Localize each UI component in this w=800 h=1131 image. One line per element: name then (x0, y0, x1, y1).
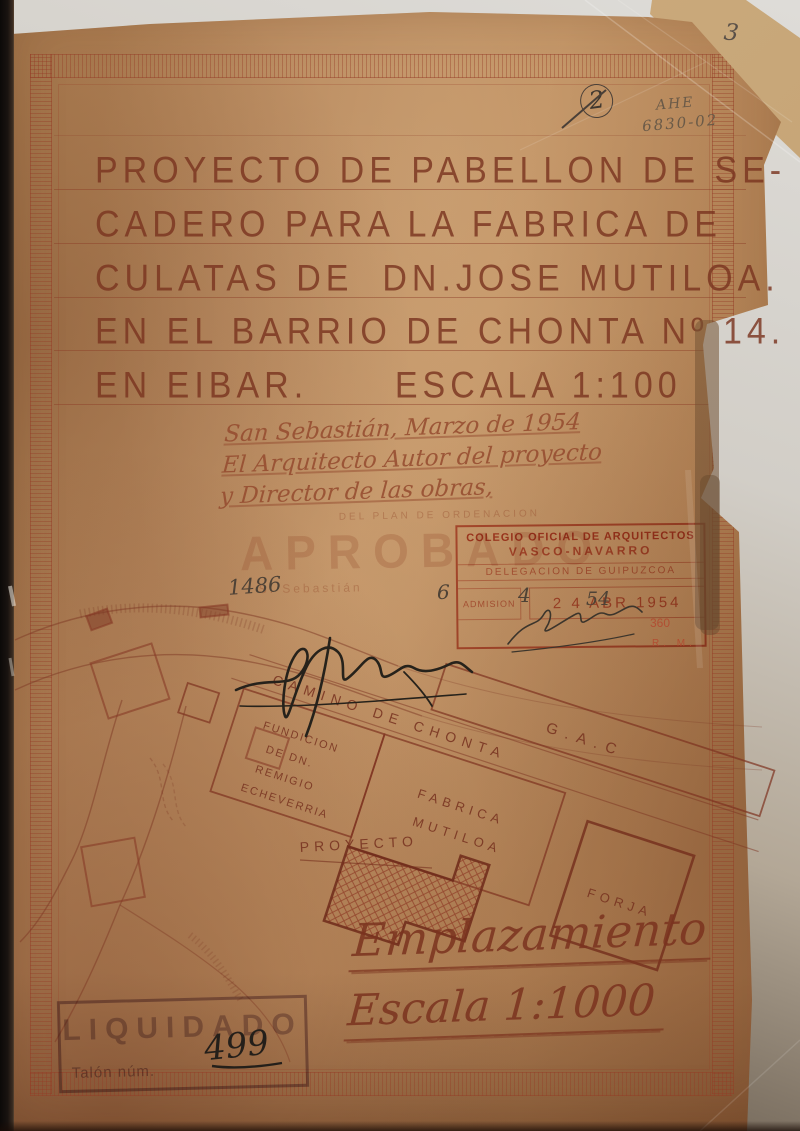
scanned-drawing-sheet: PROYECTO DE PABELLON DE SE- CADERO PARA … (0, 0, 800, 1131)
registry-month: 4 (518, 583, 531, 607)
registry-year: 54 (586, 588, 610, 610)
liquidado-stamp: LIQUIDADO Talón núm. (57, 995, 309, 1094)
talon-label: Talón núm. (72, 1063, 156, 1082)
title-line-4: EN EL BARRIO DE CHONTA Nº 14. (95, 311, 785, 353)
college-stamp-line2: VASCO-NAVARRO (458, 543, 704, 560)
title-line-2: CADERO PARA LA FABRICA DE (95, 204, 722, 246)
border-left (30, 54, 52, 1094)
registry-day: 6 (437, 580, 450, 604)
college-stamp-initials: R. M. (652, 638, 696, 649)
title-line-3: CULATAS DE DN.JOSE MUTILOA. (95, 258, 780, 300)
emplazamiento-caption: Emplazamiento Escala 1:1000 (344, 901, 715, 1041)
registry-file-number: 1486 (227, 572, 282, 600)
archive-code-line1: AHE (655, 94, 695, 113)
title-line-5: EN EIBAR. ESCALA 1:100 (95, 365, 682, 407)
emplazamiento-scale: Escala 1:1000 (344, 975, 667, 1041)
binding-edge (0, 0, 14, 1131)
border-top (30, 54, 732, 78)
circled-pencil-mark: 2 (578, 84, 615, 116)
college-stamp-left-cell: ADMISION (458, 588, 521, 621)
title-line-1: PROYECTO DE PABELLON DE SE- (95, 150, 786, 192)
college-stamp-number: 360 (650, 616, 670, 630)
college-stamp: COLEGIO OFICIAL DE ARQUITECTOS VASCO-NAV… (455, 523, 706, 650)
college-stamp-band: DELEGACION DE GUIPUZCOA (458, 562, 704, 582)
bottom-shadow (0, 1121, 800, 1131)
talon-number: 499 (202, 1023, 271, 1070)
handwritten-dedication: San Sebastián, Marzo de 1954 El Arquitec… (219, 406, 605, 513)
tape-strip (700, 475, 720, 635)
college-stamp-date: 2 4 ABR 1954 (529, 586, 704, 620)
page-number: 3 (723, 19, 740, 46)
emplazamiento-title: Emplazamiento (348, 901, 714, 972)
